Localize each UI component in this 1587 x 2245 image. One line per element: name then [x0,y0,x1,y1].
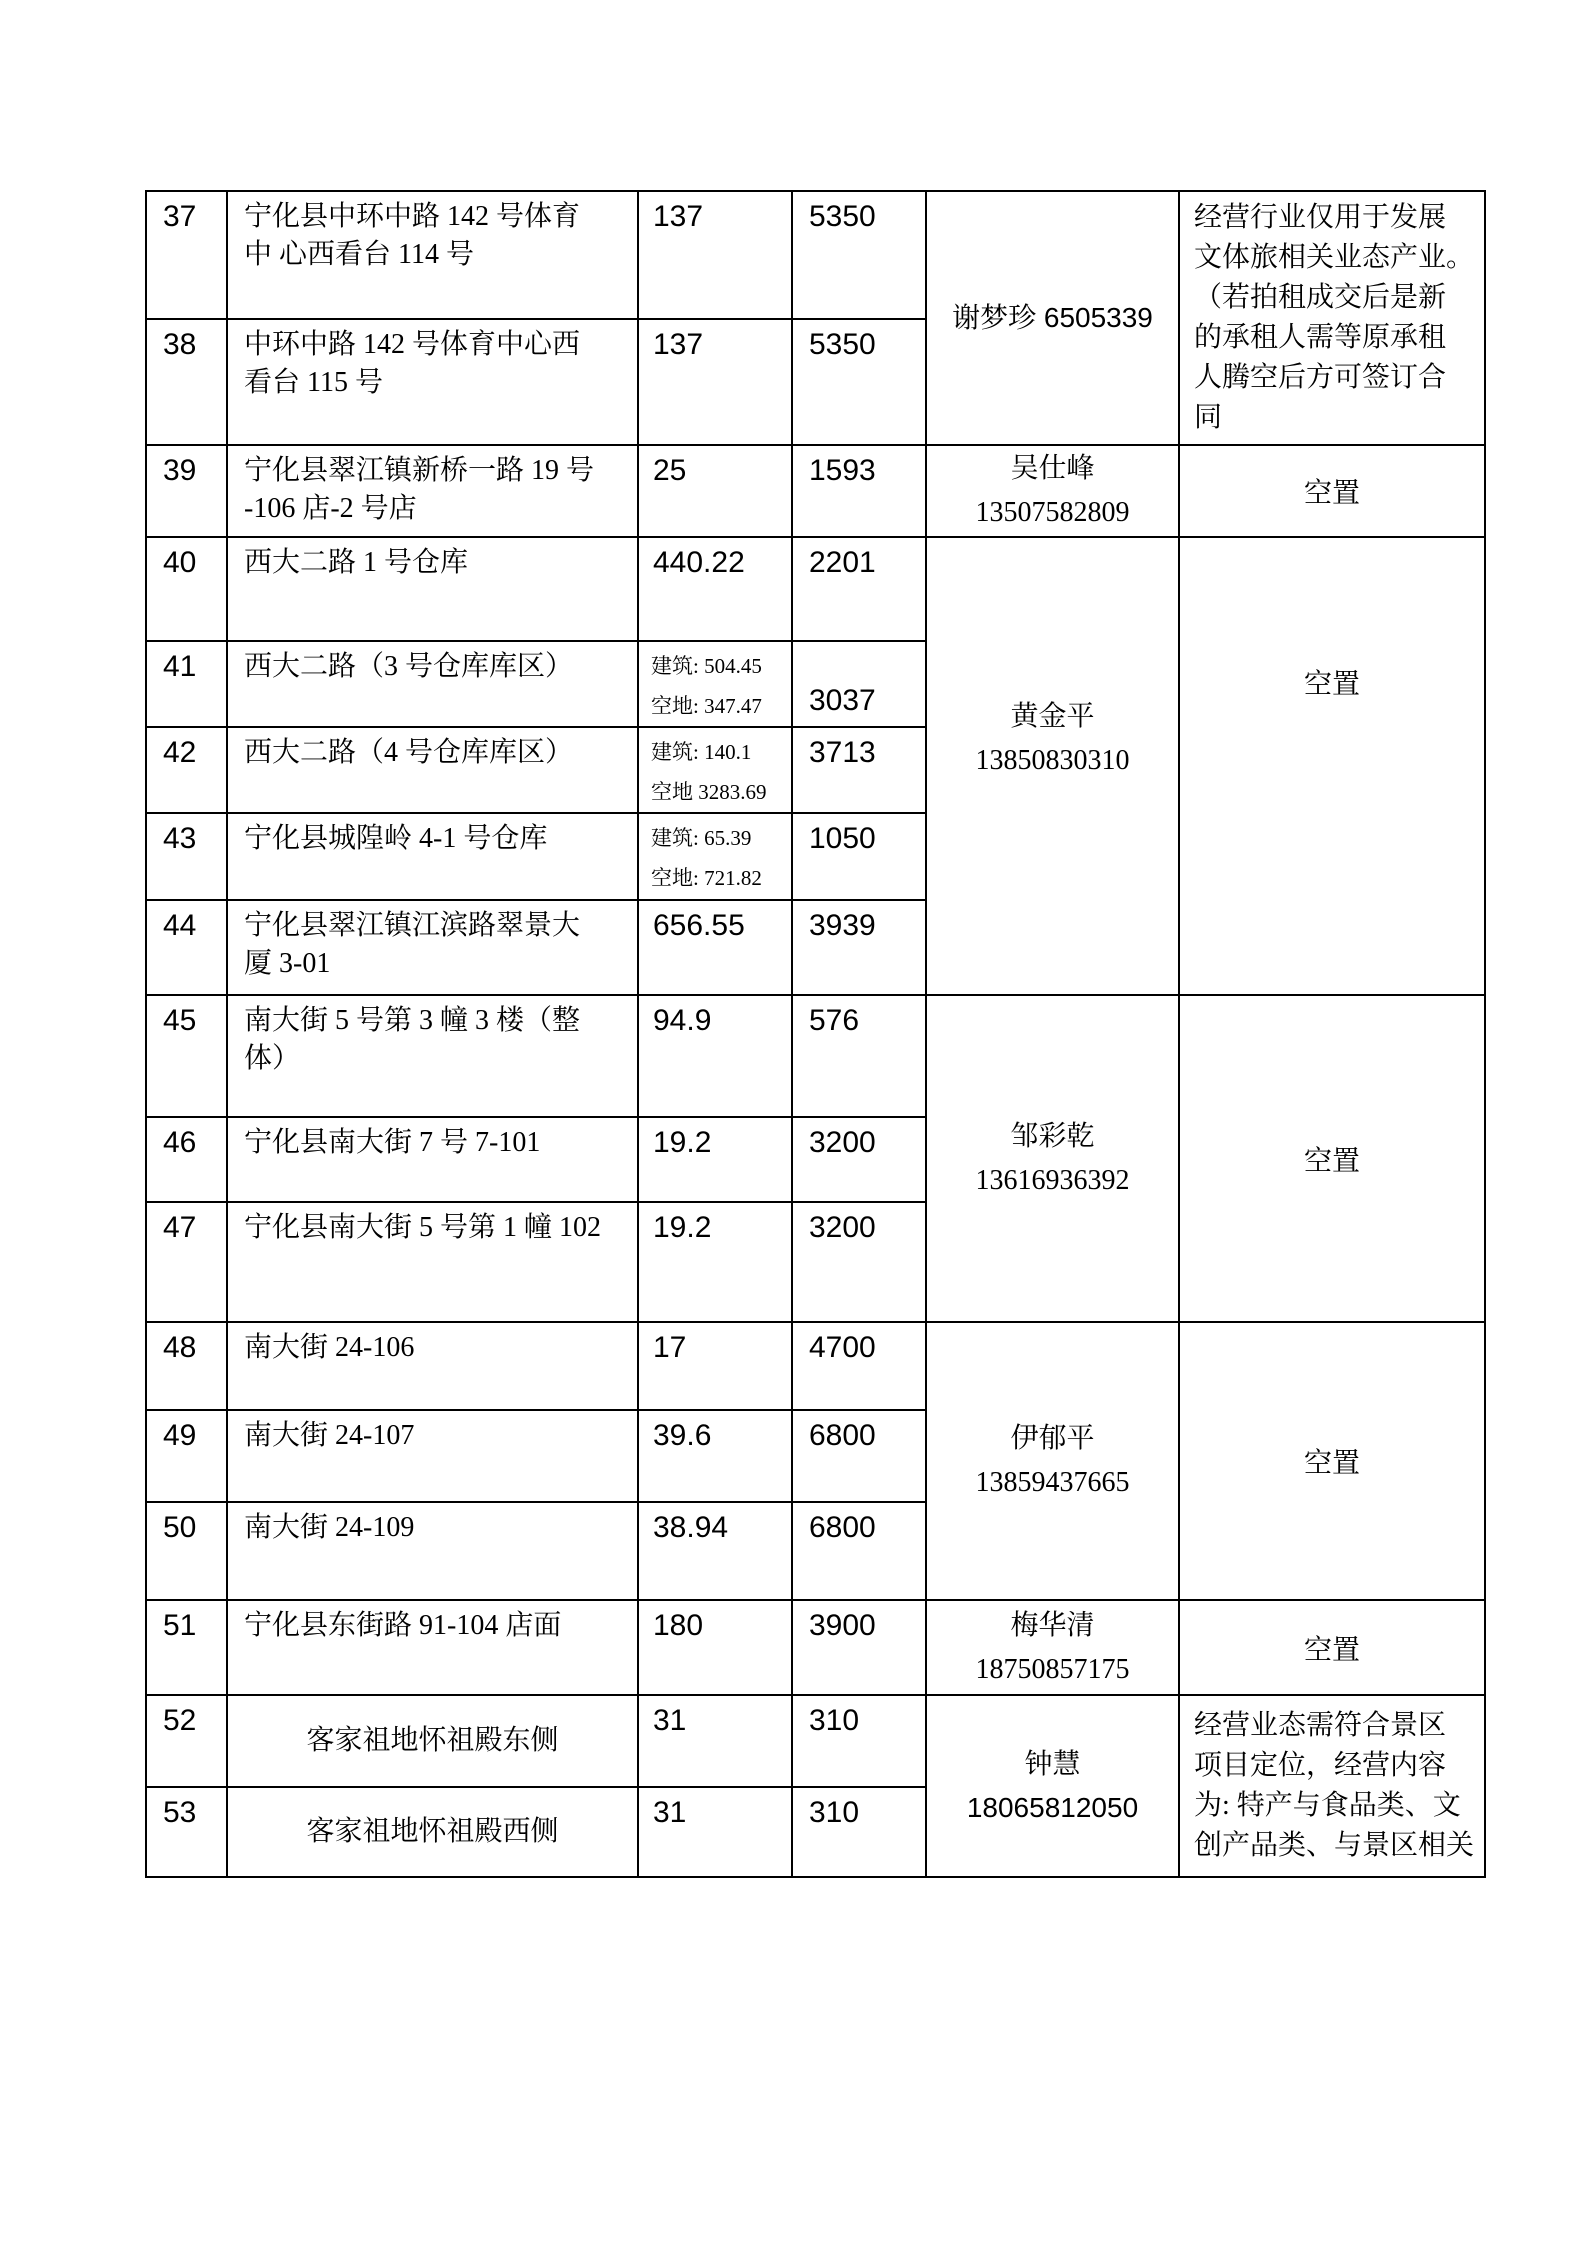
cell-row-number: 45 [146,995,227,1117]
cell-area: 建筑: 65.39 空地: 721.82 [638,813,792,900]
cell-area: 38.94 [638,1502,792,1600]
cell-area: 94.9 [638,995,792,1117]
cell-price: 310 [792,1695,926,1787]
property-table: 37 宁化县中环中路 142 号体育 中 心西看台 114 号 137 5350… [145,190,1486,1878]
cell-address: 宁化县南大街 5 号第 1 幢 102 [227,1202,638,1322]
cell-address: 南大街 24-106 [227,1322,638,1410]
cell-row-number: 44 [146,900,227,995]
cell-price: 2201 [792,537,926,641]
cell-address: 西大二路（3 号仓库库区） [227,641,638,727]
cell-note: 空置 [1179,1600,1485,1695]
cell-price: 1050 [792,813,926,900]
cell-row-number: 37 [146,191,227,319]
cell-price: 3713 [792,727,926,813]
cell-contact: 吴仕峰 13507582809 [926,445,1179,537]
cell-price: 3200 [792,1117,926,1202]
cell-note: 经营业态需符合景区 项目定位，经营内容 为: 特产与食品类、文 创产品类、与景区… [1179,1695,1485,1877]
cell-area: 31 [638,1787,792,1877]
cell-area: 19.2 [638,1202,792,1322]
cell-row-number: 40 [146,537,227,641]
cell-row-number: 39 [146,445,227,537]
cell-row-number: 42 [146,727,227,813]
cell-row-number: 46 [146,1117,227,1202]
cell-area: 137 [638,319,792,445]
cell-address: 西大二路（4 号仓库库区） [227,727,638,813]
table-row: 37 宁化县中环中路 142 号体育 中 心西看台 114 号 137 5350… [146,191,1485,319]
cell-row-number: 53 [146,1787,227,1877]
cell-row-number: 51 [146,1600,227,1695]
cell-address: 宁化县东街路 91-104 店面 [227,1600,638,1695]
cell-area: 19.2 [638,1117,792,1202]
table-row: 39 宁化县翠江镇新桥一路 19 号 -106 店-2 号店 25 1593 吴… [146,445,1485,537]
cell-price: 4700 [792,1322,926,1410]
cell-area: 137 [638,191,792,319]
cell-row-number: 49 [146,1410,227,1502]
cell-address: 客家祖地怀祖殿西侧 [227,1787,638,1877]
cell-contact: 谢梦珍 6505339 [926,191,1179,445]
cell-note: 空置 [1179,537,1485,995]
cell-row-number: 38 [146,319,227,445]
cell-address: 南大街 24-109 [227,1502,638,1600]
cell-address: 宁化县城隍岭 4-1 号仓库 [227,813,638,900]
cell-note: 空置 [1179,995,1485,1322]
cell-area: 建筑: 504.45 空地: 347.47 [638,641,792,727]
cell-contact: 邹彩乾 13616936392 [926,995,1179,1322]
table-row: 45 南大街 5 号第 3 幢 3 楼（整 体） 94.9 576 邹彩乾 13… [146,995,1485,1117]
table-row: 51 宁化县东街路 91-104 店面 180 3900 梅华清 1875085… [146,1600,1485,1695]
table-row: 48 南大街 24-106 17 4700 伊郁平 13859437665 空置 [146,1322,1485,1410]
cell-row-number: 50 [146,1502,227,1600]
cell-note: 经营行业仅用于发展 文体旅相关业态产业。 （若拍租成交后是新 的承租人需等原承租… [1179,191,1485,445]
cell-address: 南大街 24-107 [227,1410,638,1502]
cell-row-number: 43 [146,813,227,900]
cell-row-number: 52 [146,1695,227,1787]
cell-area: 17 [638,1322,792,1410]
cell-contact: 黄金平 13850830310 [926,537,1179,995]
cell-price: 3037 [792,641,926,727]
cell-area: 656.55 [638,900,792,995]
cell-address: 西大二路 1 号仓库 [227,537,638,641]
cell-address: 南大街 5 号第 3 幢 3 楼（整 体） [227,995,638,1117]
document-page: 37 宁化县中环中路 142 号体育 中 心西看台 114 号 137 5350… [0,0,1587,2245]
cell-area: 建筑: 140.1 空地 3283.69 [638,727,792,813]
cell-price: 5350 [792,191,926,319]
cell-price: 6800 [792,1502,926,1600]
cell-row-number: 41 [146,641,227,727]
cell-area: 440.22 [638,537,792,641]
cell-address: 宁化县南大街 7 号 7-101 [227,1117,638,1202]
cell-address: 客家祖地怀祖殿东侧 [227,1695,638,1787]
table-row: 40 西大二路 1 号仓库 440.22 2201 黄金平 1385083031… [146,537,1485,641]
cell-price: 3900 [792,1600,926,1695]
cell-address: 宁化县翠江镇新桥一路 19 号 -106 店-2 号店 [227,445,638,537]
cell-row-number: 48 [146,1322,227,1410]
cell-contact: 梅华清 18750857175 [926,1600,1179,1695]
cell-contact: 伊郁平 13859437665 [926,1322,1179,1600]
cell-area: 25 [638,445,792,537]
cell-price: 310 [792,1787,926,1877]
cell-price: 3939 [792,900,926,995]
cell-price: 5350 [792,319,926,445]
cell-contact: 钟慧 18065812050 [926,1695,1179,1877]
cell-area: 31 [638,1695,792,1787]
cell-price: 3200 [792,1202,926,1322]
table-row: 52 客家祖地怀祖殿东侧 31 310 钟慧 18065812050 经营业态需… [146,1695,1485,1787]
cell-price: 576 [792,995,926,1117]
cell-note: 空置 [1179,445,1485,537]
cell-address: 宁化县中环中路 142 号体育 中 心西看台 114 号 [227,191,638,319]
cell-row-number: 47 [146,1202,227,1322]
cell-address: 宁化县翠江镇江滨路翠景大 厦 3-01 [227,900,638,995]
cell-area: 39.6 [638,1410,792,1502]
cell-address: 中环中路 142 号体育中心西 看台 115 号 [227,319,638,445]
cell-note: 空置 [1179,1322,1485,1600]
cell-area: 180 [638,1600,792,1695]
cell-price: 6800 [792,1410,926,1502]
cell-price: 1593 [792,445,926,537]
